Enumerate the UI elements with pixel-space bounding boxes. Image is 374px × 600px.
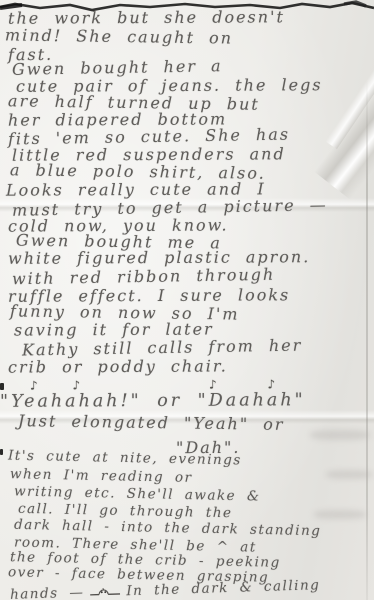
music-note-icon: ♪: [209, 378, 217, 392]
handwritten-line: "Yeahahah!" or "Daahah": [0, 390, 306, 412]
last-line-before-doodle: hands —: [10, 585, 85, 600]
letter-page: the work but she doesn't mind! She caugh…: [0, 0, 374, 600]
handwritten-line: saving it for later: [14, 319, 214, 339]
paper-right-edge-shadow: [366, 80, 368, 600]
fold-crease-corner: [314, 0, 374, 200]
ink-showthrough: [326, 470, 372, 479]
ink-showthrough: [310, 430, 370, 440]
handwritten-line: the work but she doesn't: [8, 7, 285, 27]
ink-showthrough: [314, 510, 366, 519]
music-note-icon: ♪: [72, 378, 80, 392]
kilroy-face-doodle: [90, 584, 120, 598]
music-note-icon: ♪: [267, 377, 275, 391]
music-note-icon: ♪: [30, 379, 38, 393]
handwritten-line: crib or poddy chair.: [8, 356, 228, 376]
paper-edge-speck: [0, 449, 3, 455]
handwritten-line: Just elongated "Yeah" or: [18, 411, 285, 434]
